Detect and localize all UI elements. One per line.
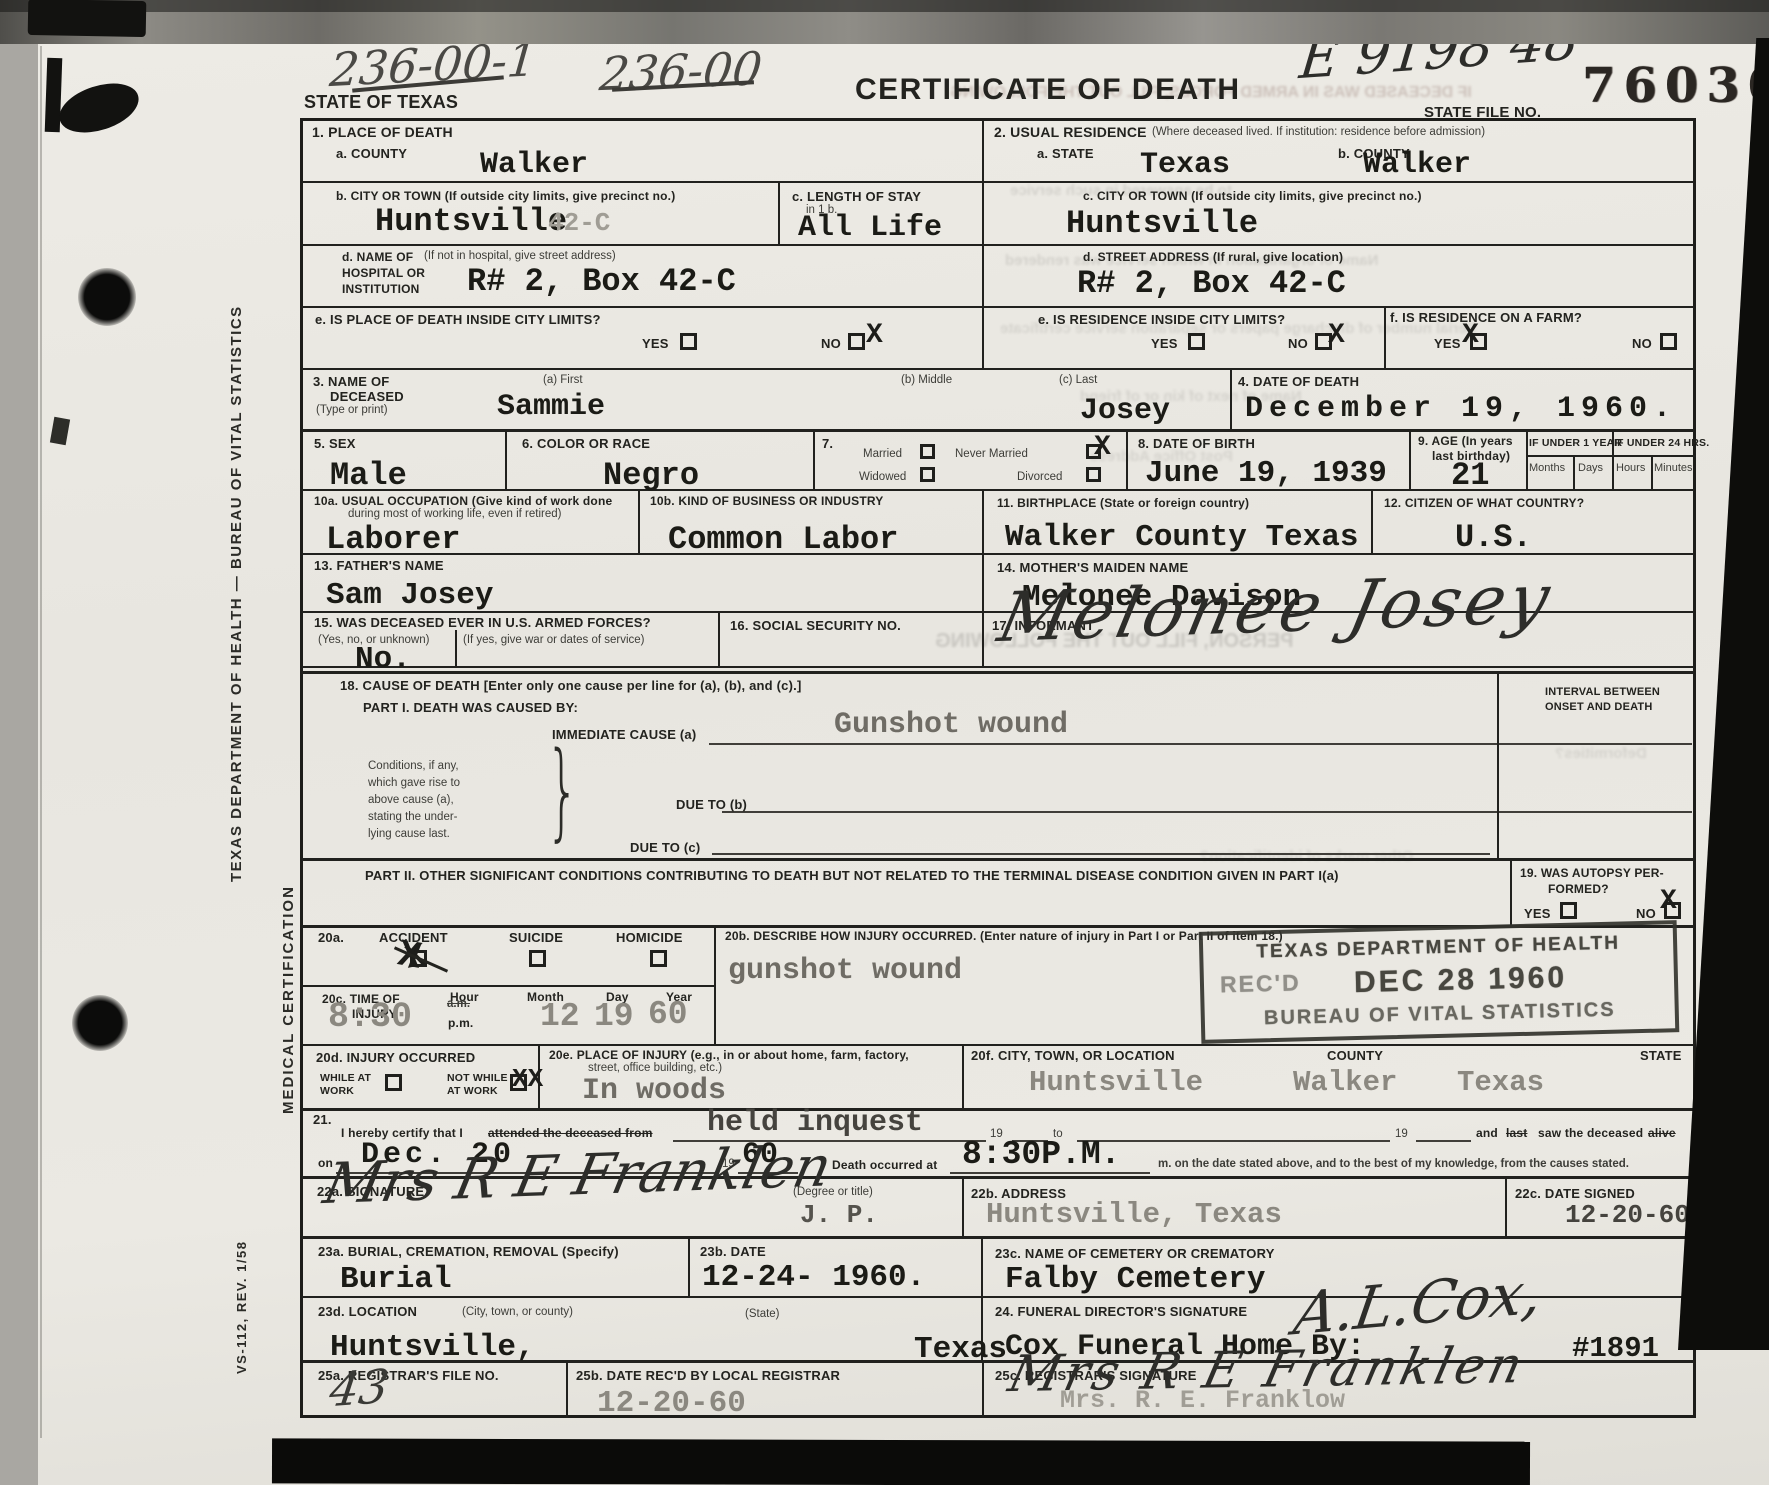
grid-line: [638, 489, 640, 553]
writing-line: [722, 811, 1692, 813]
injury-time-value: 8:30: [328, 1000, 412, 1035]
cause-of-death-label: 18. CAUSE OF DEATH [Enter only one cause…: [340, 678, 801, 694]
checkbox-yes: [680, 333, 697, 350]
father-name-label: 13. FATHER'S NAME: [314, 558, 444, 574]
checkbox-no: [1660, 333, 1677, 350]
paper-edge-line: [40, 46, 42, 1438]
part2-label: PART II. OTHER SIGNIFICANT CONDITIONS CO…: [365, 868, 1339, 884]
grid-line: [714, 925, 716, 1044]
informant-signature: Melonee Josey: [993, 568, 1558, 649]
interval-label-2: ONSET AND DEATH: [1545, 701, 1653, 714]
grid-line: [688, 1236, 690, 1296]
street-address-value: R# 2, Box 42-C: [1077, 268, 1346, 300]
conditions-note-4: stating the under-: [368, 811, 458, 825]
suicide-label: SUICIDE: [509, 930, 563, 946]
conditions-note-2: which gave rise to: [368, 777, 460, 791]
grid-line: [962, 1044, 964, 1108]
city-label: b. CITY OR TOWN (If outside city limits,…: [336, 189, 675, 203]
grid-line: [1384, 306, 1386, 368]
hole-punch: [72, 995, 128, 1051]
checkbox-x-mark: X: [1462, 322, 1479, 350]
grid-line: [302, 429, 1694, 432]
received-stamp: TEXAS DEPARTMENT OF HEALTH REC'D DEC 28 …: [1199, 920, 1680, 1044]
yes-label: YES: [1434, 336, 1461, 352]
funeral-director-signature: A.L.Cox,: [1291, 1266, 1546, 1341]
grid-line: [302, 1236, 1694, 1239]
grid-line: [1126, 429, 1128, 489]
first-name-value: Sammie: [497, 392, 605, 422]
hole-punch: [78, 268, 136, 326]
industry-value: Common Labor: [668, 524, 898, 556]
checkbox-suicide: [529, 950, 546, 967]
pm-label: p.m.: [448, 1016, 473, 1030]
county-value: Walker: [480, 150, 588, 180]
section-divider: [302, 666, 1694, 674]
certifier-signature: Mrs R E Franklen: [320, 1142, 836, 1210]
certificate-title: CERTIFICATE OF DEATH: [855, 72, 1241, 108]
yes-label: YES: [642, 336, 669, 352]
checkbox-no: [848, 333, 865, 350]
checkbox-divorced: [1086, 467, 1101, 482]
injury-month-value: 12: [540, 1000, 580, 1033]
no-label: NO: [1288, 336, 1308, 352]
state-note: (State): [745, 1308, 780, 1322]
place-of-injury-label: 20e. PLACE OF INJURY (e.g., in or about …: [549, 1048, 909, 1062]
occupation-label: 10a. USUAL OCCUPATION (Give kind of work…: [314, 494, 612, 508]
death-time-typed: 8:30P.M.: [962, 1138, 1120, 1171]
if-under-24-hrs-label: IF UNDER 24 HRS.: [1614, 437, 1709, 450]
date-of-death-value: December 19, 1960.: [1245, 394, 1677, 424]
part1-label: PART I. DEATH WAS CAUSED BY:: [363, 700, 578, 716]
date-of-death-label: 4. DATE OF DEATH: [1238, 374, 1359, 390]
name-of-deceased-label-2: DECEASED: [330, 389, 404, 405]
grid-line: [1510, 858, 1512, 925]
grid-line: [302, 858, 1694, 861]
scan-blemish: [28, 0, 147, 37]
not-while-at-work-label-2: AT WORK: [447, 1085, 498, 1098]
scan-edge-top-dark: [0, 0, 1769, 12]
armed-forces-value: No.: [355, 644, 411, 675]
autopsy-label-1: 19. WAS AUTOPSY PER-: [1520, 866, 1664, 880]
while-at-work-label: WHILE AT: [320, 1072, 371, 1085]
grid-line: [302, 244, 1694, 246]
residence-city-limits-label: e. IS RESIDENCE INSIDE CITY LIMITS?: [1038, 312, 1285, 328]
residence-state-value: Texas: [1140, 150, 1230, 180]
checkbox-yes: [1188, 333, 1205, 350]
grid-line: [962, 1176, 964, 1236]
yes-label: YES: [1151, 336, 1178, 352]
certify-struck-alive: alive: [1648, 1126, 1676, 1140]
grid-line: [813, 429, 815, 489]
margin-agency-text: TEXAS DEPARTMENT OF HEALTH — BUREAU OF V…: [228, 278, 245, 882]
checkbox-x-mark: X: [1094, 434, 1111, 462]
date-signed-value: 12-20-60: [1565, 1202, 1690, 1228]
residence-farm-label: f. IS RESIDENCE ON A FARM?: [1390, 310, 1582, 326]
county-label: a. COUNTY: [336, 146, 407, 162]
death-occurred-label: Death occurred at: [832, 1158, 937, 1172]
immediate-cause-value: Gunshot wound: [834, 710, 1068, 740]
burial-date-value: 12-24- 1960.: [702, 1262, 925, 1293]
never-married-label: Never Married: [955, 448, 1028, 462]
grid-line: [302, 1108, 1694, 1111]
hospital-label-2: HOSPITAL OR: [342, 266, 425, 280]
burial-date-label: 23b. DATE: [700, 1244, 766, 1260]
injury-city-value: Huntsville: [1029, 1068, 1203, 1097]
grid-line: [1573, 455, 1575, 489]
injury-occurred-label: 20d. INJURY OCCURRED: [316, 1050, 475, 1066]
place-of-injury-value: In woods: [582, 1076, 726, 1106]
registrar-file-no-value: 43: [327, 1366, 391, 1412]
usual-residence-note: (Where deceased lived. If institution: r…: [1152, 126, 1485, 140]
grid-line: [302, 985, 714, 987]
residence-state-label: a. STATE: [1037, 146, 1094, 162]
injury-year-value: 60: [648, 998, 688, 1031]
grid-line: [778, 181, 780, 244]
not-while-at-work-label: NOT WHILE: [447, 1072, 508, 1085]
injury-city-label: 20f. CITY, TOWN, OR LOCATION: [971, 1048, 1175, 1064]
birthplace-value: Walker County Texas: [1005, 522, 1358, 553]
grid-line: [982, 120, 984, 368]
certify-saw-deceased: saw the deceased: [1538, 1126, 1643, 1140]
hospital-note: (If not in hospital, give street address…: [424, 250, 616, 264]
checkbox-x-mark: XX: [512, 1066, 543, 1092]
autopsy-label-2: FORMED?: [1548, 882, 1609, 896]
writing-line: [950, 1172, 1150, 1174]
injury-day-value: 19: [594, 1000, 634, 1033]
middle-name-label: (b) Middle: [901, 374, 952, 388]
am-struck-label: a.m.: [447, 998, 470, 1012]
grid-line: [1526, 455, 1696, 457]
burial-location-label: 23d. LOCATION: [318, 1304, 417, 1320]
grid-line: [982, 1360, 984, 1418]
widowed-label: Widowed: [859, 471, 906, 485]
sex-value: Male: [330, 460, 407, 492]
checkbox-married: [920, 444, 935, 459]
date-received-value: 12-20-60: [597, 1388, 746, 1419]
degree-value: J. P.: [800, 1202, 878, 1228]
received-stamp-agency: TEXAS DEPARTMENT OF HEALTH: [1203, 932, 1673, 962]
scanned-death-certificate: IF DECEASED WAS IN ARMED FORCES, FILL OU…: [0, 0, 1769, 1485]
hospital-label: d. NAME OF: [342, 250, 413, 264]
writing-line: [712, 853, 1490, 855]
homicide-label: HOMICIDE: [616, 930, 683, 946]
residence-county-value: Walker: [1363, 150, 1471, 180]
death-city-limits-label: e. IS PLACE OF DEATH INSIDE CITY LIMITS?: [315, 312, 601, 328]
degree-or-title-label: (Degree or title): [793, 1186, 873, 1200]
injury-description-value: gunshot wound: [728, 956, 962, 986]
age-label: 9. AGE (In years: [1418, 434, 1513, 448]
certifier-address-value: Huntsville, Texas: [986, 1200, 1282, 1229]
funeral-home-number: #1891: [1572, 1334, 1659, 1363]
funeral-director-label: 24. FUNERAL DIRECTOR'S SIGNATURE: [995, 1304, 1247, 1320]
if-under-1-year-label: IF UNDER 1 YEAR: [1529, 437, 1622, 450]
city-town-county-note: (City, town, or county): [462, 1306, 573, 1320]
grid-line: [1371, 489, 1373, 553]
burial-state-value: Texas: [914, 1334, 1007, 1365]
date-of-birth-value: June 19, 1939: [1145, 458, 1387, 489]
certify-year-label-2: 19: [1395, 1128, 1408, 1142]
received-stamp-date: DEC 28 1960: [1354, 963, 1568, 998]
injury-state-value: Texas: [1457, 1068, 1544, 1097]
hours-label: Hours: [1616, 462, 1645, 475]
item-20a-label: 20a.: [318, 930, 344, 946]
held-inquest-typed: held inquest: [707, 1108, 923, 1138]
birthplace-label: 11. BIRTHPLACE (State or foreign country…: [997, 496, 1249, 510]
conditions-note-5: lying cause last.: [368, 828, 450, 842]
due-to-b-label: DUE TO (b): [676, 797, 747, 813]
certificate-number-stamp: 76030: [1582, 62, 1769, 110]
length-of-stay-label: c. LENGTH OF STAY: [792, 189, 921, 205]
grid-line: [505, 429, 507, 489]
grid-line: [302, 306, 1694, 308]
grid-line: [1497, 674, 1499, 858]
length-of-stay-value: All Life: [798, 213, 942, 243]
margin-form-number-text: VS-112, REV. 1/58: [234, 1178, 249, 1374]
grid-line: [982, 489, 984, 668]
grid-line: [566, 1360, 568, 1418]
checkbox-while-at-work: [385, 1074, 402, 1091]
armed-forces-label: 15. WAS DECEASED EVER IN U.S. ARMED FORC…: [314, 615, 651, 631]
received-stamp-bureau: BUREAU OF VITAL STATISTICS: [1205, 998, 1675, 1029]
type-or-print-note: (Type or print): [316, 404, 388, 418]
injury-county-value: Walker: [1293, 1068, 1397, 1097]
no-label: NO: [821, 336, 841, 352]
armed-forces-note-2: (If yes, give war or dates of service): [463, 634, 645, 648]
occupation-label-2: during most of working life, even if ret…: [348, 508, 561, 522]
injury-state-label: STATE: [1640, 1048, 1682, 1064]
checkbox-x-mark: X: [1660, 888, 1677, 916]
received-stamp-recd: REC'D: [1220, 971, 1301, 996]
checkbox-widowed: [920, 467, 935, 482]
burial-type-label: 23a. BURIAL, CREMATION, REMOVAL (Specify…: [318, 1244, 619, 1260]
checkbox-x-mark: X: [866, 322, 883, 350]
no-label: NO: [1632, 336, 1652, 352]
street-address-label: d. STREET ADDRESS (If rural, give locati…: [1083, 250, 1343, 264]
days-label: Days: [1578, 462, 1603, 475]
item-21-number: 21.: [313, 1112, 332, 1128]
usual-residence-label: 2. USUAL RESIDENCE: [994, 124, 1147, 141]
divorced-label: Divorced: [1017, 471, 1062, 485]
certify-tail-text: m. on the date stated above, and to the …: [1158, 1158, 1629, 1172]
race-label: 6. COLOR OR RACE: [522, 436, 650, 452]
margin-medical-certification-text: MEDICAL CERTIFICATION: [280, 850, 297, 1114]
conditions-note-1: Conditions, if any,: [368, 760, 459, 774]
grid-line: [302, 1044, 1694, 1046]
yes-label: YES: [1524, 906, 1551, 922]
married-label: Married: [863, 448, 902, 462]
grid-line: [1409, 429, 1411, 489]
citizen-value: U.S.: [1455, 522, 1532, 554]
cemetery-label: 23c. NAME OF CEMETERY OR CREMATORY: [995, 1246, 1275, 1262]
father-name-value: Sam Josey: [326, 580, 493, 611]
checkbox-yes: [1560, 902, 1577, 919]
grid-line: [302, 368, 1694, 370]
industry-label: 10b. KIND OF BUSINESS OR INDUSTRY: [650, 494, 884, 508]
grid-line: [1651, 455, 1653, 489]
no-label: NO: [1636, 906, 1656, 922]
marital-status-label: 7.: [822, 436, 833, 452]
residence-city-label: c. CITY OR TOWN (If outside city limits,…: [1083, 189, 1422, 203]
certify-struck-last: last: [1506, 1126, 1527, 1140]
interval-label-1: INTERVAL BETWEEN: [1545, 686, 1660, 699]
citizen-label: 12. CITIZEN OF WHAT COUNTRY?: [1384, 496, 1584, 510]
conditions-bracket: }: [546, 737, 580, 843]
conditions-note-3: above cause (a),: [368, 794, 454, 808]
city-ghost-type: 42-C: [548, 210, 610, 236]
months-label: Months: [1529, 462, 1565, 475]
last-name-value: Josey: [1080, 396, 1170, 426]
city-value: Huntsville: [375, 206, 567, 238]
registrar-signature-value: Mrs R E Franklen: [1005, 1343, 1531, 1397]
checkbox-homicide: [650, 950, 667, 967]
burial-type-value: Burial: [340, 1264, 452, 1295]
grid-line: [981, 1236, 983, 1296]
grid-line: [1526, 429, 1528, 489]
grid-line: [1230, 368, 1232, 429]
writing-line: [1416, 1140, 1471, 1142]
checkbox-x-mark: X: [1328, 322, 1345, 350]
while-at-work-label-2: WORK: [320, 1085, 354, 1098]
scan-edge-bottom: [272, 1438, 1530, 1485]
date-of-birth-label: 8. DATE OF BIRTH: [1138, 436, 1255, 452]
date-received-label: 25b. DATE REC'D BY LOCAL REGISTRAR: [576, 1368, 840, 1384]
age-value: 21: [1451, 460, 1489, 492]
injury-county-label: COUNTY: [1327, 1048, 1383, 1064]
first-name-label: (a) First: [543, 374, 583, 388]
certify-and-label: and: [1476, 1126, 1498, 1140]
residence-city-value: Huntsville: [1066, 208, 1258, 240]
burial-city-value: Huntsville,: [330, 1332, 535, 1363]
writing-line: [709, 743, 1692, 745]
cemetery-value: Falby Cemetery: [1005, 1264, 1265, 1295]
state-of-texas-label: STATE OF TEXAS: [304, 92, 458, 114]
name-of-deceased-label: 3. NAME OF: [313, 374, 389, 390]
race-value: Negro: [603, 460, 699, 492]
minutes-label: Minutes: [1654, 462, 1693, 475]
sex-label: 5. SEX: [314, 436, 356, 452]
grid-line: [718, 611, 720, 668]
grid-line: [1505, 1176, 1507, 1236]
occupation-value: Laborer: [326, 524, 460, 556]
place-of-death-label: 1. PLACE OF DEATH: [312, 124, 453, 141]
last-name-label: (c) Last: [1059, 374, 1097, 388]
hospital-label-3: INSTITUTION: [342, 282, 420, 296]
hospital-value: R# 2, Box 42-C: [467, 266, 736, 298]
ssn-label: 16. SOCIAL SECURITY NO.: [730, 618, 901, 634]
due-to-c-label: DUE TO (c): [630, 840, 700, 856]
grid-line: [455, 630, 457, 668]
writing-line: [1077, 1140, 1390, 1142]
